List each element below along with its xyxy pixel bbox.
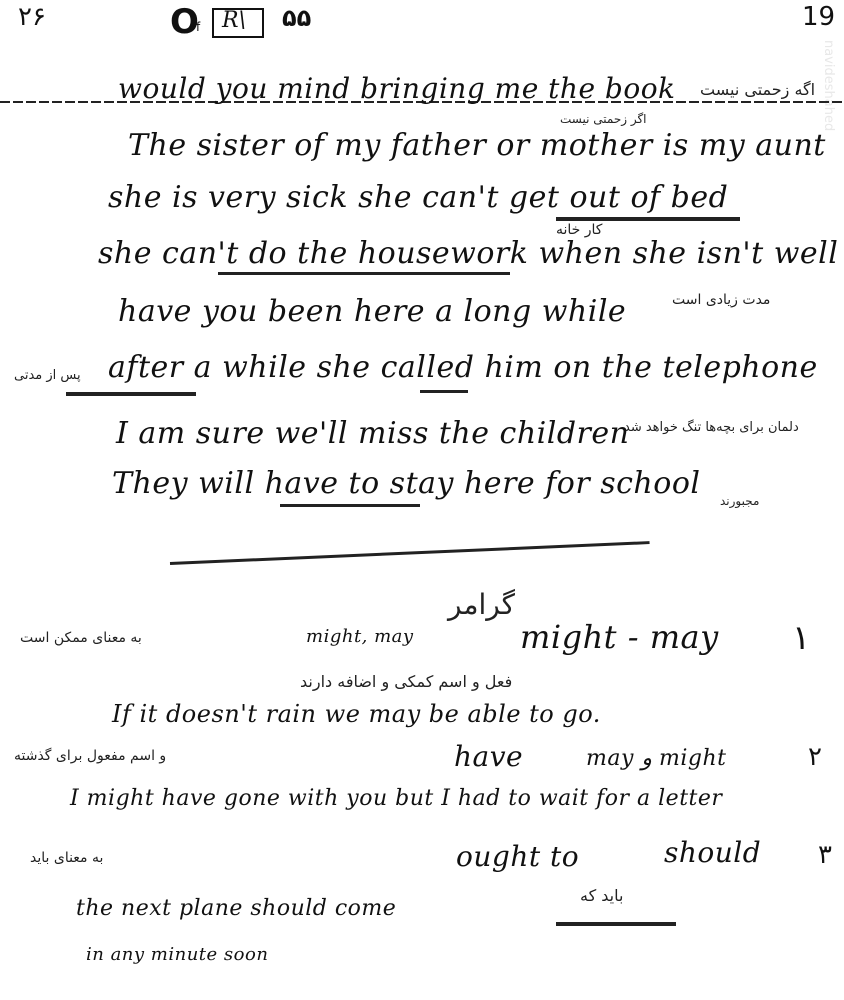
annotation-1: اگه زحمتی نیست [700, 80, 815, 99]
underline-on [420, 390, 468, 393]
item3-underline [556, 922, 676, 926]
item3-persian-sub: باید که [580, 886, 623, 905]
item2-have: have [454, 740, 523, 773]
item2-example: I might have gone with you but I had to … [70, 786, 722, 811]
section-divider [170, 541, 650, 565]
item2-english: may و might [586, 746, 727, 771]
underline-housework [218, 272, 510, 275]
underline-have-to [280, 504, 420, 507]
item3-persian-note: به معنای باید [30, 850, 103, 866]
annotation-8: مجبورند [720, 494, 759, 508]
item2-number: ۲ [808, 742, 822, 772]
grammar-title: گرامر [448, 588, 515, 621]
item3-example-2: in any minute soon [86, 944, 268, 965]
notebook-page: ۲۶ O f R\ ۵۵ 19 navideshahed would you m… [0, 0, 844, 1000]
item1-english: might - may [520, 618, 719, 656]
annotation-6: پس از مدتی [14, 368, 81, 383]
item1-persian-sub: فعل و اسم کمکی و اضافه دارند [300, 672, 512, 691]
item3-ought-to: ought to [456, 840, 579, 873]
sentence-8: They will have to stay here for school [112, 466, 700, 501]
mark-after-box: ۵۵ [282, 4, 311, 32]
sentence-5: have you been here a long while [118, 294, 626, 329]
item1-persian-note: به معنای ممکن است [20, 630, 142, 646]
boxed-mark-text: R\ [222, 8, 246, 33]
page-number-left: ۲۶ [18, 2, 46, 32]
page-number-right: 19 [802, 2, 835, 32]
sentence-1: would you mind bringing me the book [118, 72, 676, 105]
annotation-1b: اگر زحمتی نیست [560, 112, 647, 126]
sentence-4: she can't do the housework when she isn'… [98, 236, 838, 271]
annotation-5: مدت زیادی است [672, 292, 770, 308]
sentence-3: she is very sick she can't get out of be… [108, 180, 728, 215]
sentence-2: The sister of my father or mother is my … [128, 128, 826, 163]
underline-get-out-of [556, 217, 740, 221]
sentence-7: I am sure we'll miss the children [116, 416, 629, 451]
item2-persian-note: و اسم مفعول برای گذشته [14, 748, 166, 764]
sentence-6: after a while she called him on the tele… [108, 350, 818, 385]
item3-number: ۳ [818, 840, 832, 870]
item1-example: If it doesn't rain we may be able to go. [112, 700, 601, 728]
watermark: navideshahed [821, 40, 836, 131]
item1-note-left: might, may [306, 626, 414, 647]
item3-should: should [664, 836, 761, 869]
underline-after-a-while [66, 392, 196, 396]
item1-number: ۱ [792, 618, 810, 658]
circle-mark: O [170, 2, 199, 42]
annotation-7: دلمان برای بچه‌ها تنگ خواهد شد [624, 420, 799, 435]
small-mark: f [196, 20, 200, 34]
boxed-mark: R\ [212, 8, 264, 38]
item3-example-1: the next plane should come [76, 896, 396, 921]
